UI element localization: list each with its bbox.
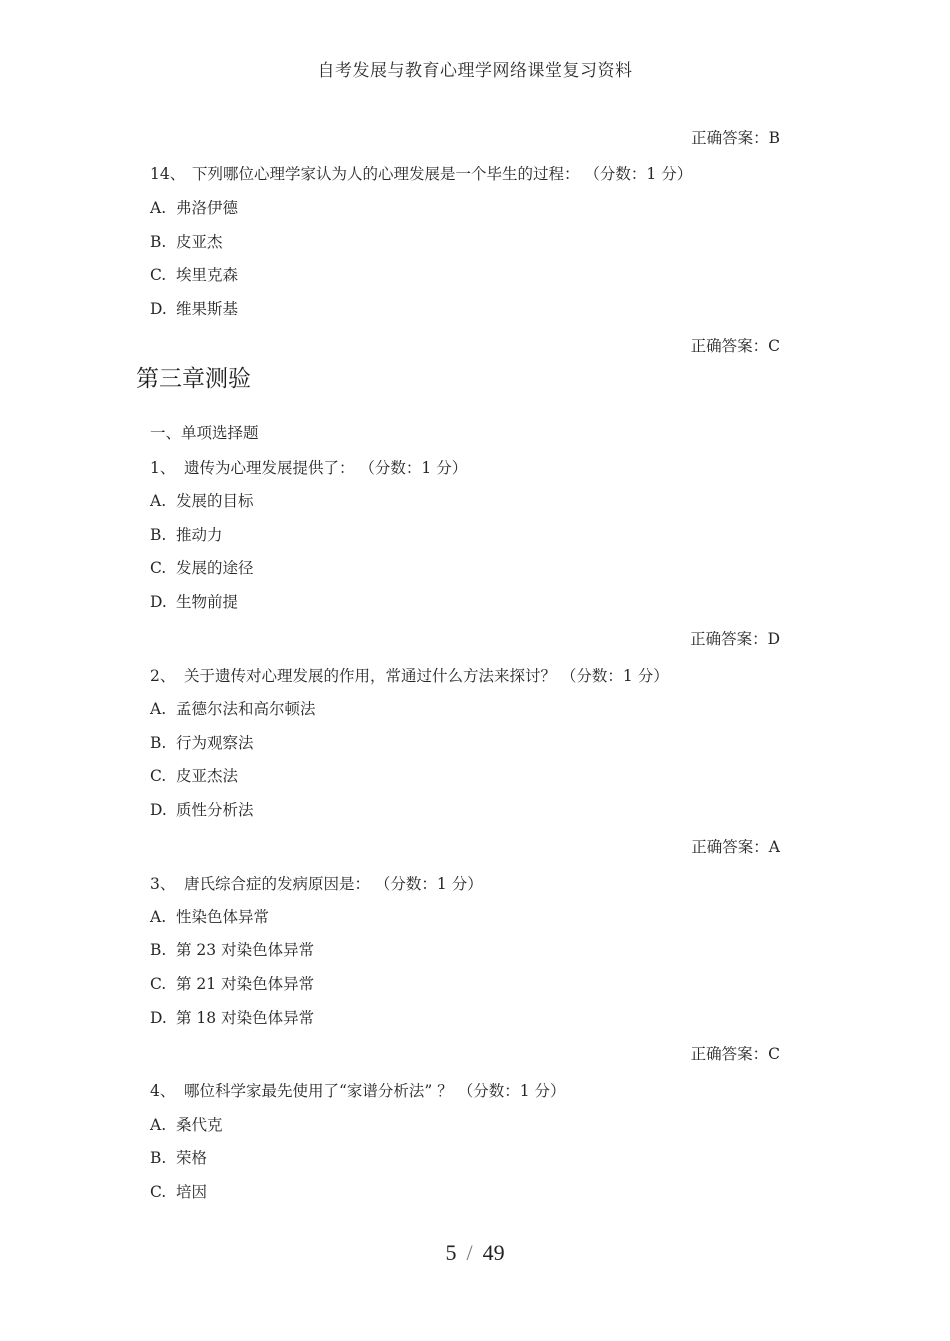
option-text: 发展的途径 [176,559,254,577]
question-number: 1、 [150,458,184,478]
question-text: 关于遗传对心理发展的作用，常通过什么方法来探讨？ （分数：1 分） [184,667,669,685]
option-c: C.埃里克森 [150,265,238,285]
option-label: D. [150,1008,176,1028]
option-label: C. [150,1182,176,1202]
question-1: 1、遗传为心理发展提供了： （分数：1 分） [150,458,467,478]
question-text: 下列哪位心理学家认为人的心理发展是一个毕生的过程： （分数：1 分） [192,165,692,183]
option-a: A.弗洛伊德 [150,198,238,218]
option-label: A. [150,1115,176,1135]
question-4: 4、哪位科学家最先使用了“家谱分析法” ？ （分数：1 分） [150,1081,566,1101]
current-page: 5 [445,1240,456,1265]
option-text: 推动力 [176,526,223,544]
option-b: B.行为观察法 [150,733,254,753]
option-label: C. [150,766,176,786]
option-text: 行为观察法 [176,734,254,752]
correct-answer: 正确答案：C [691,1044,780,1064]
question-number: 2、 [150,666,184,686]
option-label: D. [150,592,176,612]
question-text: 遗传为心理发展提供了： （分数：1 分） [184,459,467,477]
option-text: 第 18 对染色体异常 [176,1009,314,1027]
option-a: A.桑代克 [150,1115,223,1135]
option-text: 质性分析法 [176,801,254,819]
option-d: D.维果斯基 [150,299,238,319]
page-number: 5/49 [0,1240,950,1266]
option-text: 皮亚杰法 [176,767,238,785]
option-label: B. [150,1148,176,1168]
option-label: A. [150,198,176,218]
option-text: 培因 [176,1183,207,1201]
option-text: 维果斯基 [176,300,238,318]
option-b: B.推动力 [150,525,223,545]
option-a: A.孟德尔法和高尔顿法 [150,699,316,719]
option-d: D.生物前提 [150,592,238,612]
option-c: C.发展的途径 [150,558,254,578]
option-text: 孟德尔法和高尔顿法 [176,700,316,718]
option-text: 荣格 [176,1149,207,1167]
option-label: C. [150,974,176,994]
question-3: 3、唐氏综合症的发病原因是： （分数：1 分） [150,874,483,894]
option-d: D.质性分析法 [150,800,254,820]
option-text: 桑代克 [176,1116,223,1134]
option-label: A. [150,699,176,719]
option-label: D. [150,800,176,820]
option-c: C.培因 [150,1182,207,1202]
page-separator: / [466,1240,472,1265]
option-label: B. [150,940,176,960]
option-b: B.皮亚杰 [150,232,223,252]
option-b: B.荣格 [150,1148,207,1168]
option-label: D. [150,299,176,319]
option-text: 第 21 对染色体异常 [176,975,314,993]
option-c: C.皮亚杰法 [150,766,238,786]
question-number: 3、 [150,874,184,894]
total-pages: 49 [483,1240,505,1265]
question-2: 2、关于遗传对心理发展的作用，常通过什么方法来探讨？ （分数：1 分） [150,666,669,686]
question-number: 14、 [150,164,192,184]
option-text: 第 23 对染色体异常 [176,941,314,959]
option-c: C.第 21 对染色体异常 [150,974,314,994]
chapter-title: 第三章测验 [136,364,251,394]
correct-answer: 正确答案：B [691,128,780,148]
option-label: B. [150,525,176,545]
option-text: 埃里克森 [176,266,238,284]
option-label: A. [150,491,176,511]
option-a: A.性染色体异常 [150,907,269,927]
section-heading: 一、单项选择题 [150,423,259,443]
option-text: 性染色体异常 [176,908,269,926]
page-header-title: 自考发展与教育心理学网络课堂复习资料 [0,56,950,81]
question-14: 14、下列哪位心理学家认为人的心理发展是一个毕生的过程： （分数：1 分） [150,164,692,184]
option-text: 弗洛伊德 [176,199,238,217]
option-label: A. [150,907,176,927]
option-label: C. [150,558,176,578]
option-d: D.第 18 对染色体异常 [150,1008,314,1028]
correct-answer: 正确答案：C [691,336,780,356]
option-b: B.第 23 对染色体异常 [150,940,314,960]
question-text: 哪位科学家最先使用了“家谱分析法” ？ （分数：1 分） [184,1082,566,1100]
option-text: 发展的目标 [176,492,254,510]
option-label: B. [150,733,176,753]
option-text: 皮亚杰 [176,233,223,251]
correct-answer: 正确答案：A [691,837,780,857]
question-number: 4、 [150,1081,184,1101]
question-text: 唐氏综合症的发病原因是： （分数：1 分） [184,875,483,893]
option-label: C. [150,265,176,285]
option-text: 生物前提 [176,593,238,611]
option-label: B. [150,232,176,252]
option-a: A.发展的目标 [150,491,254,511]
correct-answer: 正确答案：D [690,629,780,649]
